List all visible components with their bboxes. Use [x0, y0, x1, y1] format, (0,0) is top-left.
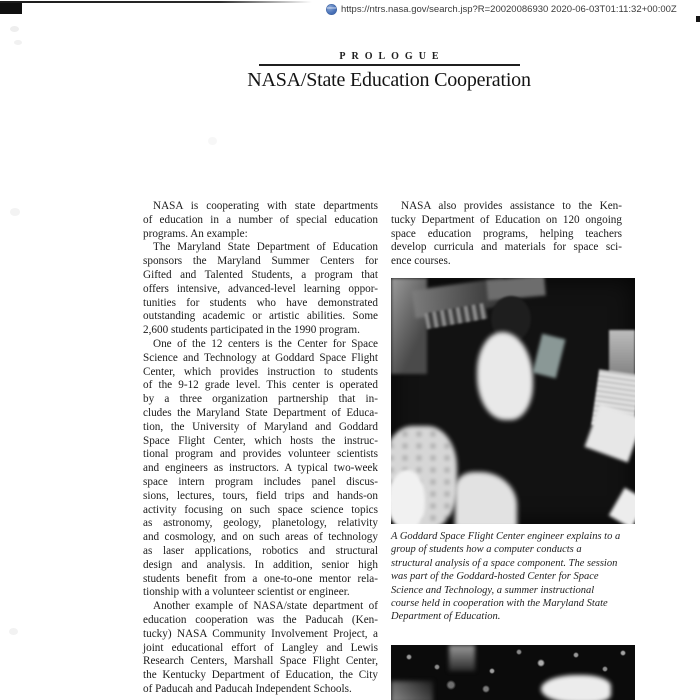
- text-line: outstanding academic or artistic abiliti…: [143, 310, 378, 324]
- text-line: Gifted and Talented Students, a program …: [143, 269, 378, 283]
- photo-shape-white-garment: [391, 470, 425, 524]
- text-line: A Goddard Space Flight Center engineer e…: [391, 530, 634, 543]
- text-line: group of students how a computer conduct…: [391, 543, 634, 556]
- text-line: sponsors the Maryland Summer Centers for: [143, 255, 378, 269]
- text-line: NASA is cooperating with state departmen…: [143, 200, 378, 214]
- text-line: of the 9-12 grade level. This center is …: [143, 379, 378, 393]
- scanned-document-page: { "header": { "url": "https://ntrs.nasa.…: [0, 0, 700, 700]
- text-line: space intern program includes panel disc…: [143, 476, 378, 490]
- text-line: of Paducah and Paducah Independent Schoo…: [143, 683, 378, 697]
- text-line: tional program and provides volunteer sc…: [143, 448, 378, 462]
- text-line: 2,600 students participated in the 1990 …: [143, 324, 378, 338]
- scan-edge-line: [0, 1, 312, 3]
- text-line: Science and Technology at Goddard Space …: [143, 352, 378, 366]
- photo-shape-white-area: [541, 675, 611, 700]
- scan-speck: [10, 26, 19, 32]
- scan-speck: [9, 628, 18, 635]
- photo-shape-paper-corner: [609, 488, 635, 524]
- text-line: tucky) NASA Community Involvement Projec…: [143, 628, 378, 642]
- text-line: One of the 12 centers is the Center for …: [143, 338, 378, 352]
- text-line: students benefit from a one-to-one mento…: [143, 573, 378, 587]
- scan-speck: [10, 208, 20, 216]
- photo-student-crowd: [391, 645, 635, 700]
- text-line: and cosmology, and on such areas of tech…: [143, 531, 378, 545]
- text-line: develop curricula and materials for spac…: [391, 241, 622, 255]
- photo-students-at-computer: [391, 278, 635, 524]
- text-line: joint educational effort of Langley and …: [143, 642, 378, 656]
- photo-shape-held-paper: [533, 334, 566, 379]
- text-line: tunities for students who have demonstra…: [143, 297, 378, 311]
- left-text-column: NASA is cooperating with state departmen…: [143, 200, 378, 697]
- text-line: Department of Education.: [391, 610, 634, 623]
- photo-shape-light-clothing: [455, 472, 517, 524]
- photo-caption: A Goddard Space Flight Center engineer e…: [391, 530, 634, 624]
- scan-speck: [208, 137, 217, 145]
- text-line: Center, which provides instruction to st…: [143, 366, 378, 380]
- title-rule: [259, 64, 520, 66]
- text-line: of education in a number of special educ…: [143, 214, 378, 228]
- globe-icon: [326, 4, 337, 15]
- pdf-retrieval-header: https://ntrs.nasa.gov/search.jsp?R=20020…: [326, 3, 677, 16]
- right-text-column: NASA also provides assistance to the Ken…: [391, 200, 622, 269]
- text-line: Science and Technology, a summer instruc…: [391, 584, 634, 597]
- text-line: by a three organization partnership that…: [143, 393, 378, 407]
- text-line: and engineers as instructors. A typical …: [143, 462, 378, 476]
- text-line: The Maryland State Department of Educati…: [143, 241, 378, 255]
- text-line: tucky Department of Education on 120 ong…: [391, 214, 622, 228]
- text-line: programs. An example:: [143, 228, 378, 242]
- text-line: space education programs, helping teache…: [391, 228, 622, 242]
- text-line: as astronomy, geology, planetology, rela…: [143, 517, 378, 531]
- text-line: the Kentucky Department of Education, th…: [143, 669, 378, 683]
- page-kicker: PROLOGUE: [143, 51, 635, 62]
- text-line: offers intensive, advanced-level learnin…: [143, 283, 378, 297]
- text-line: education cooperation was the Paducah (K…: [143, 614, 378, 628]
- text-line: NASA also provides assistance to the Ken…: [391, 200, 622, 214]
- text-line: activity focusing on such space science …: [143, 504, 378, 518]
- photo-shape-light-streak: [391, 681, 433, 700]
- scan-edge-speck: [696, 16, 700, 22]
- text-line: Another example of NASA/state department…: [143, 600, 378, 614]
- text-line: design and analysis. In addition, senior…: [143, 559, 378, 573]
- photo-shape-figure: [449, 645, 475, 671]
- text-line: was part of the Goddard-hosted Center fo…: [391, 570, 634, 583]
- scan-corner-mark: [0, 2, 22, 14]
- document-source-url: https://ntrs.nasa.gov/search.jsp?R=20020…: [341, 4, 677, 15]
- photo-shape-white-shirt: [477, 332, 533, 420]
- text-line: ence courses.: [391, 255, 622, 269]
- text-line: Space Flight Center, which hosts the ins…: [143, 435, 378, 449]
- text-line: Research Centers, Marshall Space Flight …: [143, 655, 378, 669]
- text-line: sions, lectures, tours, field trips and …: [143, 490, 378, 504]
- text-line: tion, the University of Maryland and God…: [143, 421, 378, 435]
- text-line: course held in cooperation with the Mary…: [391, 597, 634, 610]
- page-title: NASA/State Education Cooperation: [143, 69, 635, 92]
- text-line: cludes the Maryland State Department of …: [143, 407, 378, 421]
- masthead: PROLOGUE NASA/State Education Cooperatio…: [143, 51, 635, 92]
- text-line: as laser applications, robotics and stru…: [143, 545, 378, 559]
- text-line: structural analysis of a space component…: [391, 557, 634, 570]
- text-line: tionship with a volunteer scientist or e…: [143, 586, 378, 600]
- scan-speck: [14, 40, 22, 45]
